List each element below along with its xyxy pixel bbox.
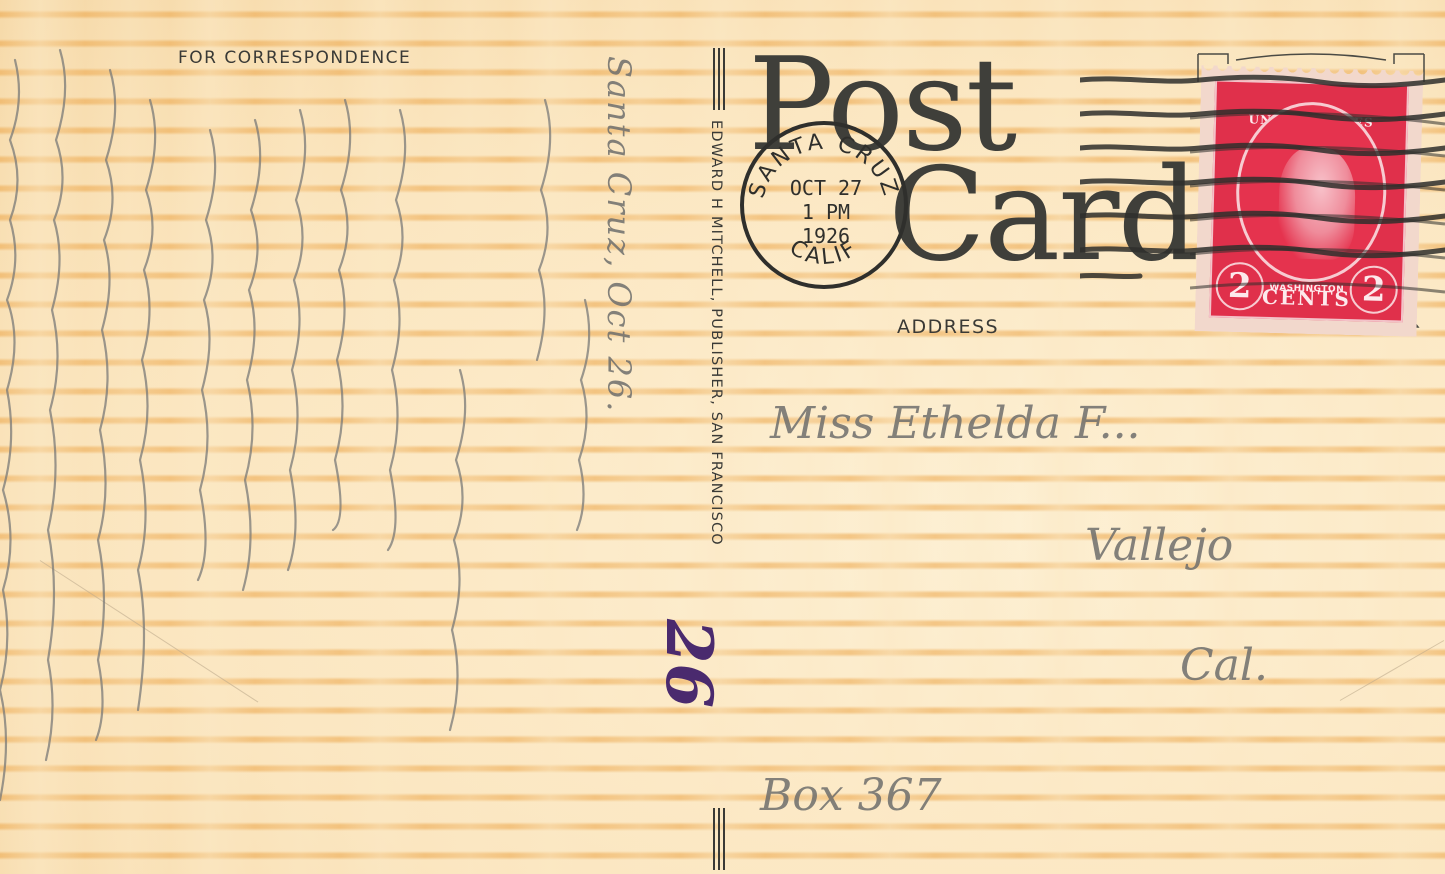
address-line-name: Miss Ethelda F... [770, 398, 1141, 449]
address-label: ADDRESS [897, 316, 999, 338]
handwritten-message-scribble [0, 40, 600, 870]
address-line-city: Vallejo [1085, 520, 1233, 571]
postmark-ring-icon: SANTA CRUZ CALIF OCT 27 1 PM 1926 [734, 115, 914, 295]
address-line-box: Box 367 [760, 770, 942, 821]
publisher-imprint: EDWARD H MITCHELL, PUBLISHER, SAN FRANCI… [708, 120, 724, 546]
postcard-back: FOR CORRESPONDENCE ADDRESS EDWARD H MITC… [0, 0, 1445, 874]
divider-rule-top [713, 48, 725, 110]
paper-crease [1340, 640, 1444, 701]
message-heading: Santa Cruz, Oct 26. [600, 56, 638, 413]
svg-text:1 PM: 1 PM [802, 200, 850, 224]
svg-text:1926: 1926 [802, 224, 850, 248]
svg-text:OCT 27: OCT 27 [790, 176, 862, 200]
divider-rule-bottom [713, 808, 725, 870]
ink-annotation: 26 [651, 619, 726, 708]
stamp-cancellation-icon [1190, 110, 1445, 330]
postmark: SANTA CRUZ CALIF OCT 27 1 PM 1926 [734, 115, 914, 295]
address-line-state: Cal. [1180, 640, 1268, 691]
